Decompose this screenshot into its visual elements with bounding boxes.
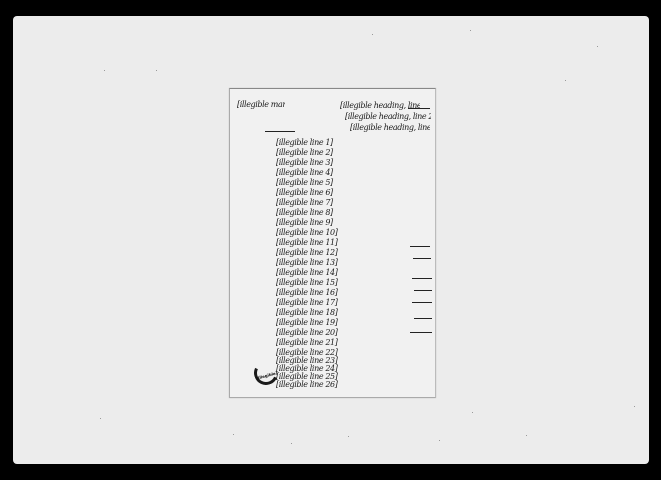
body-line: [illegible line 1]	[276, 138, 426, 147]
body-line: [illegible line 9]	[276, 218, 426, 227]
body-line: [illegible line 13]	[276, 258, 426, 267]
body-line: [illegible line 10]	[276, 228, 430, 237]
body-line: [illegible line 17]	[276, 298, 426, 307]
body-line: [illegible line 14]	[276, 268, 430, 277]
body-line: [illegible line 7]	[276, 198, 426, 207]
body-line: [illegible line 15]	[276, 278, 426, 287]
body-line: [illegible line 12]	[276, 248, 430, 257]
body-line: [illegible line 18]	[276, 308, 430, 317]
body-line: [illegible line 11]	[276, 238, 426, 247]
body-line: [illegible line 3]	[276, 158, 430, 167]
body-line: [illegible line 4]	[276, 168, 426, 177]
margin-note: [illegible mark]	[237, 100, 285, 109]
body-line: [illegible line 21]	[276, 338, 426, 347]
body-line: [illegible line 16]	[276, 288, 430, 297]
body-line: [illegible line 8]	[276, 208, 430, 217]
body-line: [illegible line 26]	[276, 380, 426, 389]
heading-line: [illegible heading, line 2]	[345, 112, 431, 121]
body-line: [illegible line 6]	[276, 188, 430, 197]
heading-line: [illegible heading, line 3]	[350, 123, 430, 132]
body-line: [illegible line 5]	[276, 178, 426, 187]
body-line: [illegible line 19]	[276, 318, 426, 327]
body-line: [illegible line 2]	[276, 148, 430, 157]
body-line: [illegible line 20]	[276, 328, 430, 337]
